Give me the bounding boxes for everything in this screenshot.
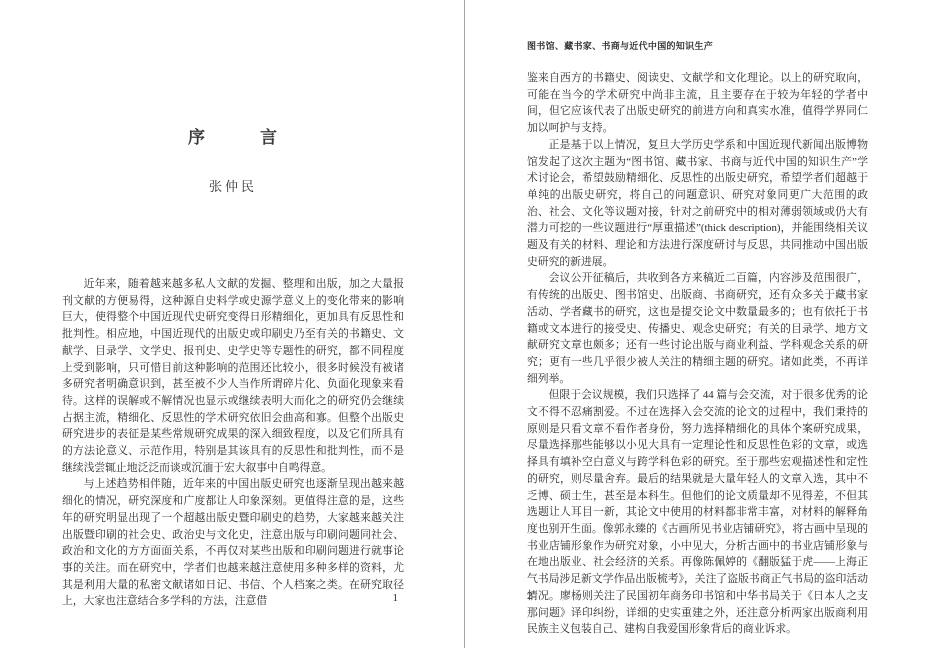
paragraph: 鉴来自西方的书籍史、阅读史、文献学和文化理论。以上的研究取向，可能在当今的学术研… <box>527 70 868 137</box>
right-page-body: 鉴来自西方的书籍史、阅读史、文献学和文化理论。以上的研究取向，可能在当今的学术研… <box>527 70 868 638</box>
page-number-left: 1 <box>62 592 404 604</box>
left-page-body: 近年来，随着越来越多私人文献的发掘、整理和出版，加之大量报刊文献的方便易得，这种… <box>62 276 404 610</box>
page-number-right: 2 <box>527 590 533 602</box>
running-header: 图书馆、藏书家、书商与近代中国的知识生产 <box>527 39 868 52</box>
preface-author: 张仲民 <box>62 176 404 195</box>
paragraph: 与上述趋势相伴随，近年来的中国出版史研究也逐渐呈现出越来越细化的情况，研究深度和… <box>62 476 404 610</box>
preface-title: 序 言 <box>62 123 404 148</box>
paragraph: 正是基于以上情况，复旦大学历史学系和中国近现代新闻出版博物馆发起了这次主题为“图… <box>527 137 868 271</box>
paragraph: 但限于会议规模，我们只选择了 44 篇与会交流，对于很多优秀的论文不得不忍痛割爱… <box>527 387 868 638</box>
paragraph: 会议公开征稿后，共收到各方来稿近二百篇，内容涉及范围很广，有传统的出版史、图书馆… <box>527 270 868 387</box>
left-page: 序 言 张仲民 近年来，随着越来越多私人文献的发掘、整理和出版，加之大量报刊文献… <box>62 0 404 648</box>
page-divider <box>464 0 465 648</box>
book-spread: 序 言 张仲民 近年来，随着越来越多私人文献的发掘、整理和出版，加之大量报刊文献… <box>0 0 927 648</box>
paragraph: 近年来，随着越来越多私人文献的发掘、整理和出版，加之大量报刊文献的方便易得，这种… <box>62 276 404 476</box>
right-page: 图书馆、藏书家、书商与近代中国的知识生产 鉴来自西方的书籍史、阅读史、文献学和文… <box>527 0 868 648</box>
